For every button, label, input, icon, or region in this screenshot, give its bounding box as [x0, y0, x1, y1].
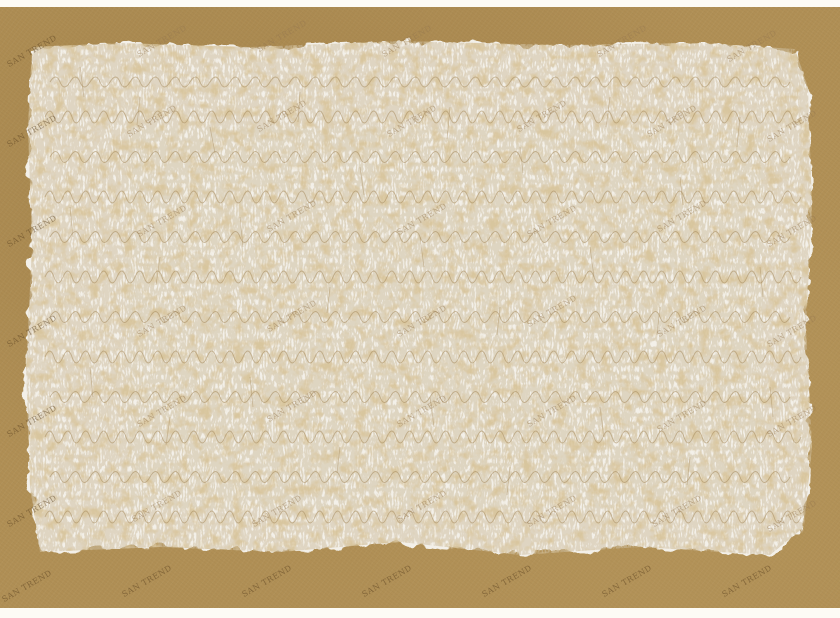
bottom-border-strip — [0, 608, 840, 618]
painted-rectangle-graphic — [0, 7, 840, 608]
top-border-strip — [0, 0, 840, 7]
kraft-paper-background: SAN TRENDSAN TRENDSAN TRENDSAN TRENDSAN … — [0, 7, 840, 608]
white-paint-patch — [0, 7, 840, 608]
